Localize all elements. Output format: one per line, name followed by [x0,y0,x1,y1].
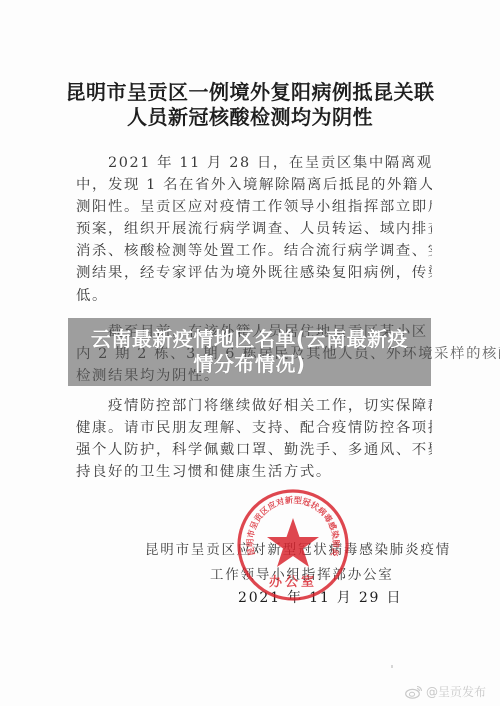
paragraph-3-line: 持良好的卫生习惯和健康生活方式。 [76,463,432,481]
document-title-line-2: 人员新冠核酸检测均为阴性 [0,101,500,130]
paragraph-1-line: 测结果，经专家评估为境外既往感染复阳病例，传染风险较 [76,264,432,282]
paragraph-1-line: 预案，组织开展流行病学调查、人员转运、域内排查、环境 [76,220,432,238]
paragraph-1-line: 2021 年 11 月 28 日，在呈贡区集中隔离观察点常规检测 [76,154,432,172]
watermark-text: @呈贡发布 [426,683,486,700]
scan-speck [391,665,393,668]
paragraph-1-line: 中，发现 1 名在省外入境解除隔离后抵昆的外籍人员核酸检 [76,176,432,194]
weibo-watermark: @呈贡发布 [405,683,486,700]
signature-org-line-2: 工作领导小组指挥部办公室 [210,563,394,583]
document-page: 昆明市呈贡区一例境外复阳病例抵昆关联 人员新冠核酸检测均为阴性 2021 年 1… [0,0,500,706]
paragraph-3-line: 健康。请市民朋友理解、支持、配合疫情防控各项措施，加 [76,419,432,437]
weibo-icon [405,685,423,699]
paragraph-3-line: 疫情防控部门将继续做好相关工作，切实保障群众生命 [76,397,432,415]
signature-org-line-1: 昆明市呈贡区应对新型冠状病毒感染肺炎疫情 [145,538,451,558]
headline-banner: 截至目前，在该外籍人员居住地呈贡区某小区 内 2 期 2 栋、3 期 6 栋居民… [68,318,431,386]
signature-date: 2021 年 11 月 29 日 [238,587,402,607]
paragraph-3-line: 强个人防护，科学佩戴口罩、勤洗手、多通风、不聚集，保 [76,441,432,459]
banner-headline-line-2: 情分布情况) [68,348,431,377]
paragraph-1-line: 低。 [76,287,432,305]
paragraph-1-line: 消杀、核酸检测等处置工作。结合流行病学调查、实验室检 [76,242,432,260]
paragraph-1-line: 测阳性。呈贡区应对疫情工作领导小组指挥部立即启动应急 [76,198,432,216]
